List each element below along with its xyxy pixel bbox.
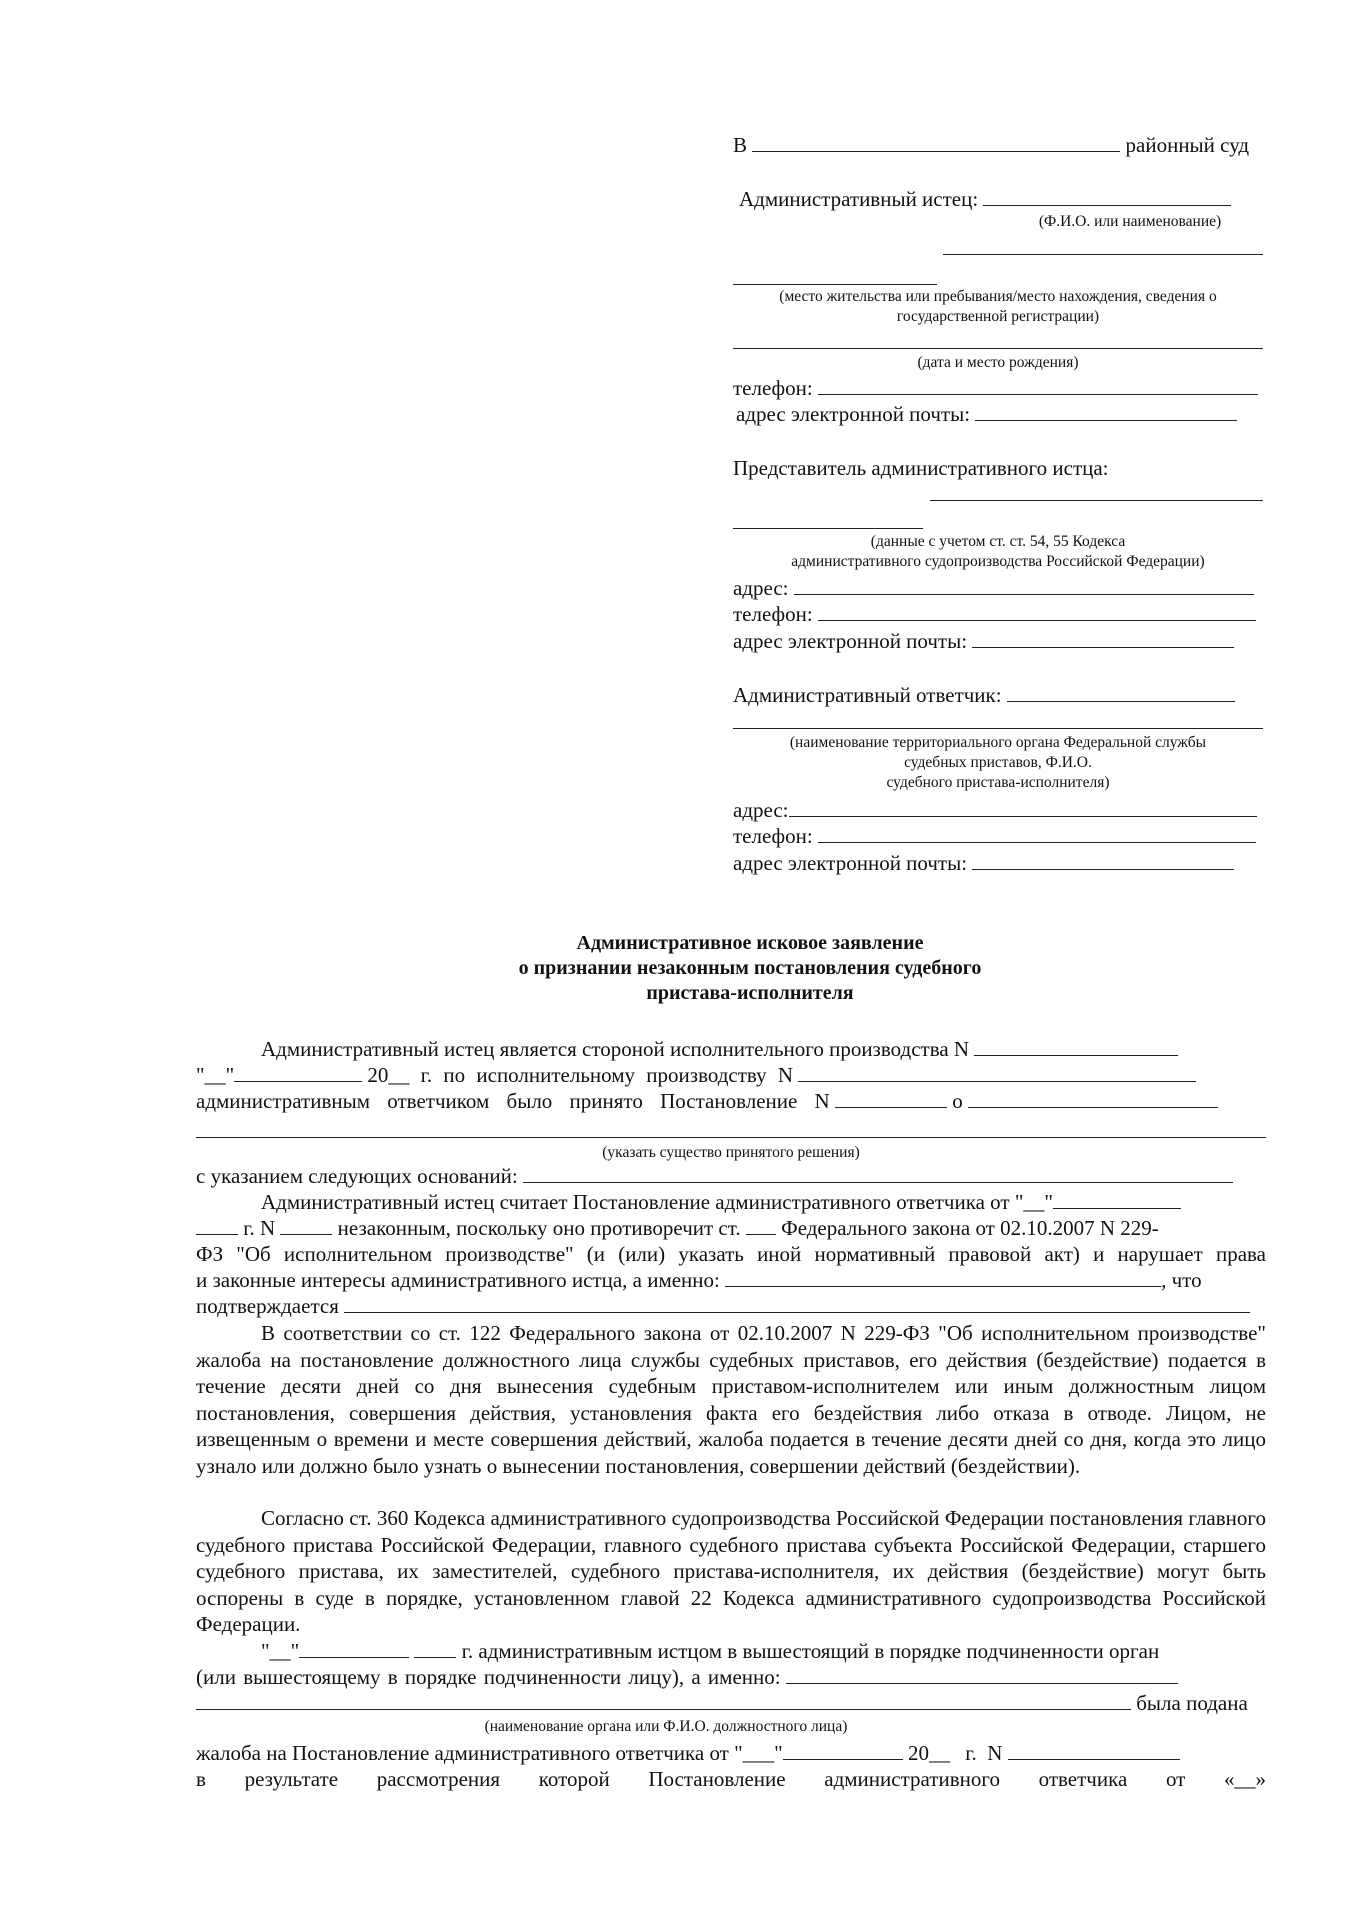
plaintiff-phone-field[interactable] [818, 376, 1258, 395]
def-hint-line-1: (наименование территориального органа Фе… [733, 733, 1263, 753]
text: подтверждается [196, 1294, 339, 1318]
text: 20__ г. [908, 1741, 977, 1765]
court-suffix: районный суд [1126, 133, 1250, 157]
contested-number-field[interactable] [280, 1216, 332, 1235]
residence-field[interactable] [733, 284, 937, 285]
def-hint-line-3: судебного пристава-исполнителя) [733, 773, 1263, 793]
title-line-2: о признании незаконным постановления суд… [400, 956, 1100, 981]
resolution-number-field[interactable] [835, 1089, 947, 1108]
defendant-name-field[interactable] [1007, 683, 1235, 702]
organ-hint: (наименование органа или Ф.И.О. должност… [196, 1717, 1136, 1737]
plaintiff-email-field[interactable] [975, 402, 1237, 421]
text: жалоба на Постановление административног… [196, 1741, 783, 1765]
email-label: адрес электронной почты: [736, 402, 970, 426]
residence-hint-line-1: (место жительства или пребывания/место н… [733, 287, 1263, 307]
p1-line-2: "__" 20__ г. по исполнительному производ… [196, 1062, 1196, 1088]
enforcement-number-field[interactable] [974, 1037, 1178, 1056]
plaintiff-name-field-2[interactable] [943, 254, 1263, 255]
text: о [952, 1089, 963, 1113]
representative-field[interactable] [930, 500, 1263, 501]
p1-line-5: с указанием следующих оснований: [196, 1163, 1233, 1189]
address-label: адрес: [733, 576, 789, 600]
p2-line-3: ФЗ "Об исполнительном производстве" (и (… [196, 1241, 1266, 1267]
residence-hint: (место жительства или пребывания/место н… [733, 287, 1263, 327]
p2-line-1: Административный истец считает Постановл… [261, 1189, 1181, 1215]
birth-field[interactable] [733, 348, 1263, 349]
court-name-field[interactable] [752, 133, 1120, 152]
rep-address-field[interactable] [794, 576, 1254, 595]
p5-line-1: "__" г. административным истцом в вышест… [261, 1638, 1159, 1664]
def-phone-line: телефон: [733, 823, 1256, 849]
plaintiff-name-field[interactable] [983, 187, 1231, 206]
court-line: В районный суд [733, 132, 1249, 158]
resolution-essence-field[interactable] [196, 1137, 1266, 1138]
def-address-field[interactable] [789, 798, 1257, 817]
rep-hint-line-2: административного судопроизводства Росси… [733, 552, 1263, 572]
rep-phone-line: телефон: [733, 601, 1256, 627]
p5-line-5: жалоба на Постановление административног… [196, 1740, 1180, 1766]
p2-line-4: и законные интересы административного ис… [196, 1267, 1202, 1293]
court-prefix: В [733, 133, 747, 157]
text: 20__ г. по исполнительному производству … [367, 1063, 793, 1087]
paragraph-article-122: В соответствии со ст. 122 Федерального з… [196, 1320, 1266, 1479]
def-address-line: адрес: [733, 797, 1257, 823]
rep-email-field[interactable] [972, 629, 1234, 648]
birth-hint: (дата и место рождения) [733, 353, 1263, 373]
text: (или вышестоящему в порядке подчиненност… [196, 1665, 781, 1689]
complaint-day-field[interactable]: "__" [261, 1639, 299, 1663]
article-field[interactable] [746, 1216, 776, 1235]
defendant-name-field-2[interactable] [733, 728, 1263, 729]
representative-label: Представитель административного истца: [733, 455, 1109, 481]
address-label: адрес: [733, 798, 789, 822]
rep-address-line: адрес: [733, 575, 1254, 601]
text: незаконным, поскольку оно противоречит с… [338, 1216, 741, 1240]
p1-line-3: административным ответчиком было принято… [196, 1088, 1218, 1114]
defendant-line: Административный ответчик: [733, 682, 1235, 708]
resolution-subject-field[interactable] [968, 1089, 1218, 1108]
phone-label: телефон: [733, 824, 813, 848]
def-phone-field[interactable] [818, 824, 1256, 843]
p1-line-1: Административный истец является стороной… [261, 1036, 1178, 1062]
def-email-field[interactable] [972, 851, 1234, 870]
decision-hint: (указать существо принятого решения) [196, 1143, 1266, 1163]
complaint-year-field[interactable] [414, 1639, 456, 1658]
plaintiff-phone-line: телефон: [733, 375, 1258, 401]
date-day-field[interactable]: "__" [196, 1063, 234, 1087]
def-email-line: адрес электронной почты: [733, 850, 1234, 876]
date-month-field[interactable] [234, 1063, 362, 1082]
plaintiff-line: Административный истец: [739, 186, 1231, 212]
rep-email-line: адрес электронной почты: [733, 628, 1234, 654]
contested-year-field[interactable] [196, 1216, 238, 1235]
phone-label: телефон: [733, 376, 813, 400]
p2-line-5: подтверждается [196, 1293, 1250, 1319]
paragraph-article-360: Согласно ст. 360 Кодекса административно… [196, 1505, 1266, 1638]
complaint-resolution-number-field[interactable] [1008, 1741, 1180, 1760]
text: Административный истец считает Постановл… [261, 1190, 1053, 1214]
text: административным ответчиком было принято… [196, 1089, 830, 1113]
text: N [987, 1741, 1002, 1765]
representative-field-2[interactable] [733, 528, 923, 529]
grounds-field[interactable] [523, 1164, 1233, 1183]
text: была подана [1136, 1691, 1248, 1715]
evidence-field[interactable] [344, 1294, 1250, 1313]
text: Административный истец является стороной… [261, 1037, 969, 1061]
document-title: Административное исковое заявление о при… [400, 931, 1100, 1006]
text: г. N [243, 1216, 275, 1240]
text: Федерального закона от 02.10.2007 N 229- [781, 1216, 1159, 1240]
p5-line-6: в результате рассмотрения которой Постан… [196, 1766, 1266, 1792]
superior-organ-field-2[interactable] [196, 1691, 1131, 1710]
rep-phone-field[interactable] [818, 602, 1256, 621]
title-line-1: Административное исковое заявление [400, 931, 1100, 956]
plaintiff-email-line: адрес электронной почты: [736, 401, 1237, 427]
defendant-label: Административный ответчик: [733, 683, 1002, 707]
text: г. административным истцом в вышестоящий… [462, 1639, 1160, 1663]
text: и законные интересы административного ис… [196, 1268, 720, 1292]
p5-line-2: (или вышестоящему в порядке подчиненност… [196, 1664, 1178, 1690]
proceeding-number-field[interactable] [798, 1063, 1196, 1082]
text: , что [1161, 1268, 1201, 1292]
residence-hint-line-2: государственной регистрации) [733, 307, 1263, 327]
p5-line-3: была подана [196, 1690, 1248, 1716]
plaintiff-label: Административный истец: [739, 187, 978, 211]
email-label: адрес электронной почты: [733, 851, 967, 875]
superior-organ-field[interactable] [786, 1665, 1178, 1684]
text: с указанием следующих оснований: [196, 1164, 518, 1188]
complaint-resolution-date-field[interactable] [783, 1741, 903, 1760]
violated-interests-field[interactable] [725, 1268, 1161, 1287]
plaintiff-hint: (Ф.И.О. или наименование) [1000, 212, 1260, 232]
title-line-3: пристава-исполнителя [400, 981, 1100, 1006]
defendant-hint: (наименование территориального органа Фе… [733, 733, 1263, 793]
def-hint-line-2: судебных приставов, Ф.И.О. [733, 753, 1263, 773]
email-label: адрес электронной почты: [733, 629, 967, 653]
phone-label: телефон: [733, 602, 813, 626]
contested-date-field[interactable] [1053, 1190, 1181, 1209]
complaint-month-field[interactable] [299, 1639, 409, 1658]
rep-hint-line-1: (данные с учетом ст. ст. 54, 55 Кодекса [733, 532, 1263, 552]
p2-line-2: г. N незаконным, поскольку оно противоре… [196, 1215, 1159, 1241]
representative-hint: (данные с учетом ст. ст. 54, 55 Кодекса … [733, 532, 1263, 572]
